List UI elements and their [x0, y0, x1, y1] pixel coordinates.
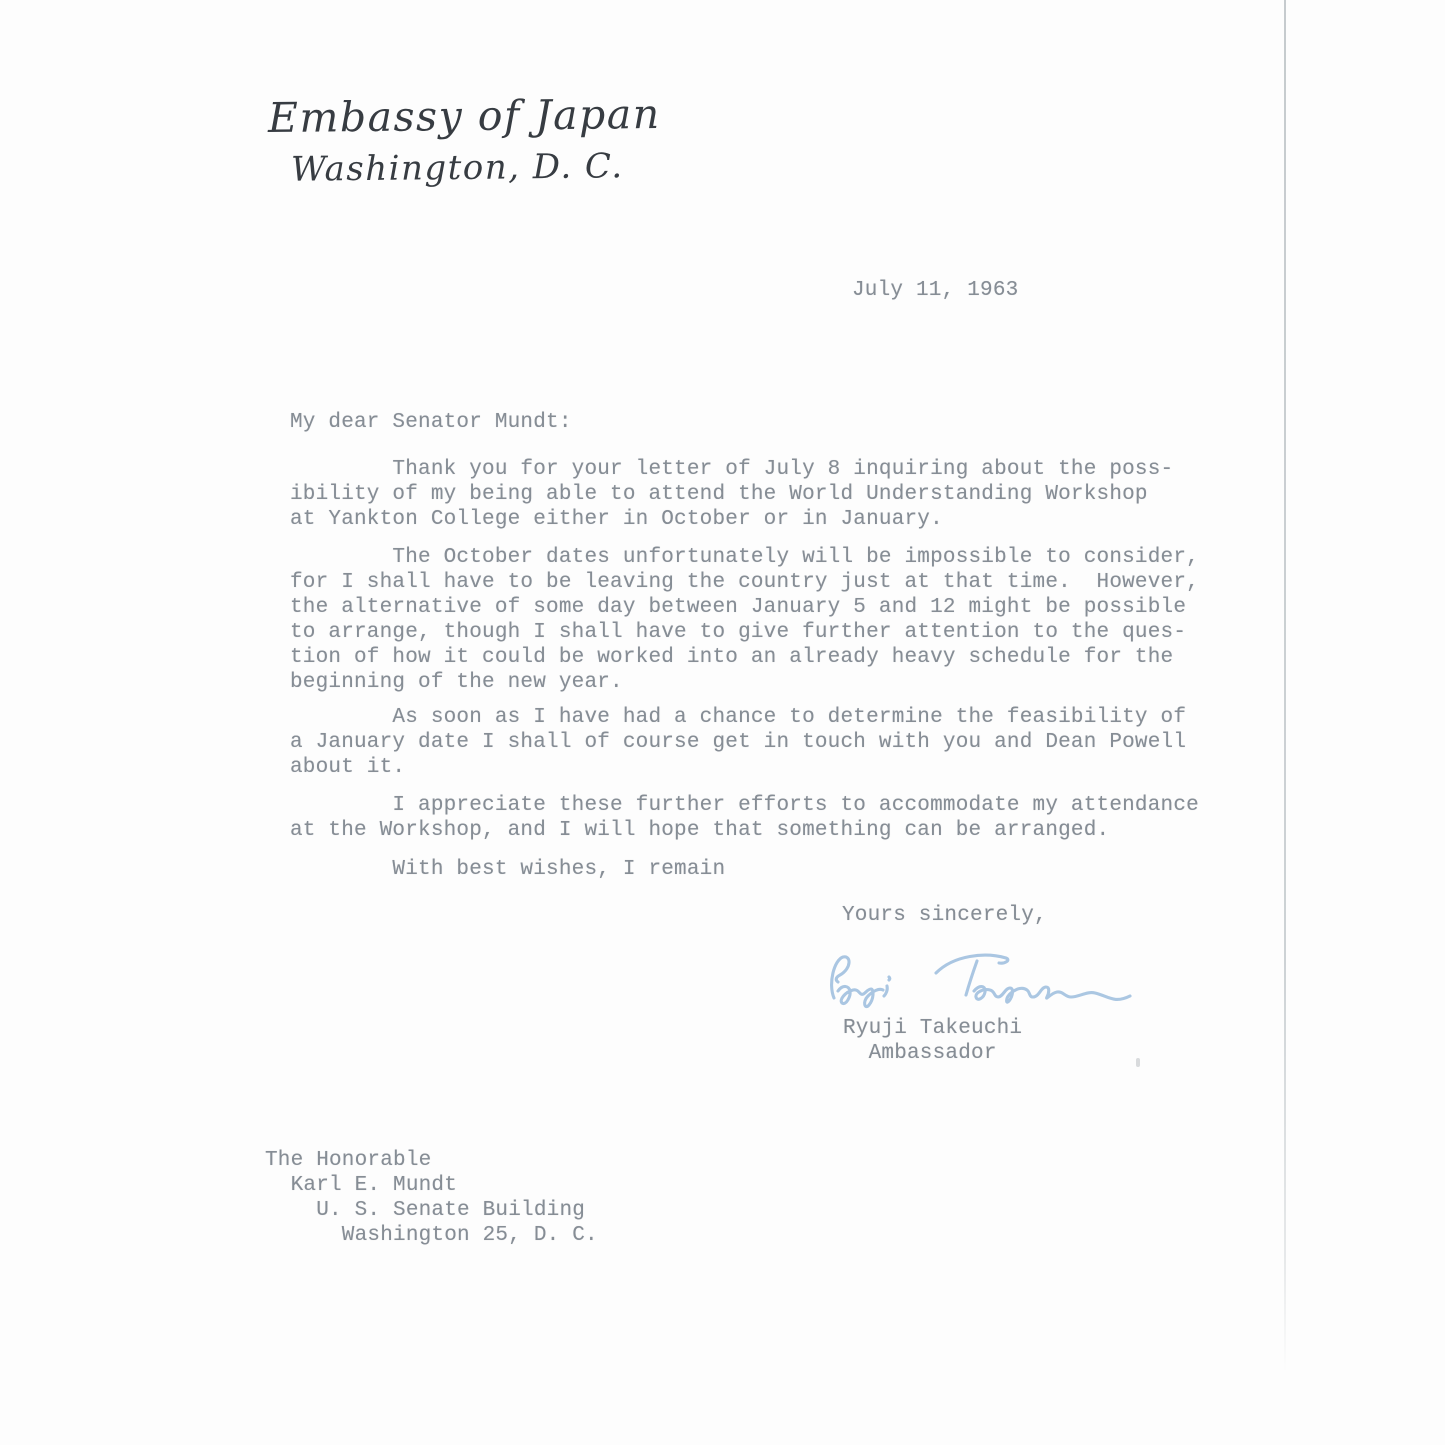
paragraph-3: As soon as I have had a chance to determ… — [290, 705, 1186, 780]
paragraph-2: The October dates unfortunately will be … — [290, 545, 1199, 695]
valediction: Yours sincerely, — [842, 903, 1047, 928]
signature-typed-block: Ryuji Takeuchi Ambassador — [843, 1016, 1022, 1066]
page-edge-scan-line — [1284, 0, 1286, 1372]
letterhead-city-line: Washington, D. C. — [291, 146, 624, 189]
letterhead-embassy-line: Embassy of Japan — [268, 90, 661, 142]
scanned-letter-page: Embassy of Japan Washington, D. C. July … — [0, 0, 1445, 1445]
closing-line: With best wishes, I remain — [290, 857, 725, 882]
paragraph-4: I appreciate these further efforts to ac… — [290, 793, 1199, 843]
scan-artifact-dot — [1136, 1058, 1140, 1067]
signature-script — [824, 942, 1142, 1020]
recipient-address-block: The Honorable Karl E. Mundt U. S. Senate… — [265, 1148, 598, 1248]
salutation: My dear Senator Mundt: — [290, 410, 572, 435]
paragraph-1: Thank you for your letter of July 8 inqu… — [290, 457, 1173, 532]
date-line: July 11, 1963 — [852, 278, 1018, 303]
